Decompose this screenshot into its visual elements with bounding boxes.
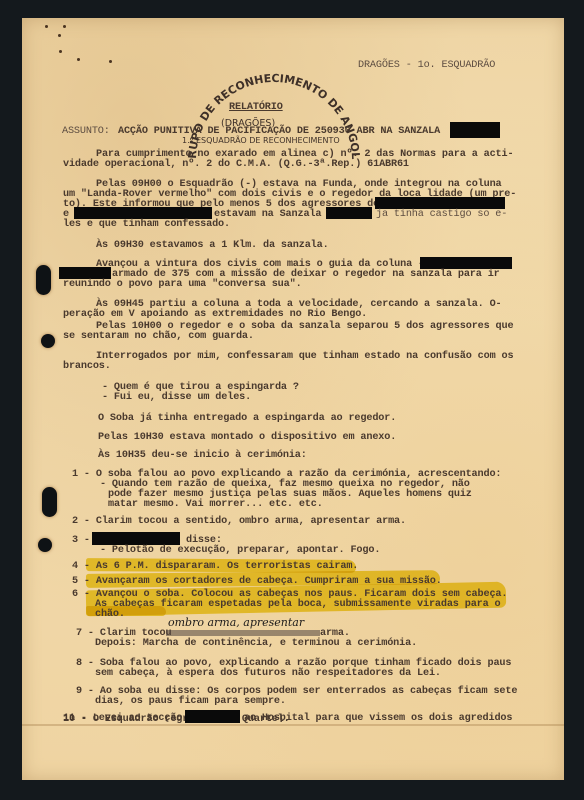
redaction [450,122,500,138]
list-item: sem cabeça, à espera dos futuros não res… [95,668,441,679]
list-item: - Pelotão de execução, preparar, apontar… [100,545,380,556]
list-item: 2 - Clarim tocou a sentido, ombro arma, … [72,516,406,527]
text-line: Pelas 10H30 estava montado o dispositivo… [98,432,396,443]
text-line: vidade operacional, nº. 2 do C.M.A. (Q.G… [63,159,409,170]
paper-speck [45,25,48,28]
dialogue-line: - Fui eu, disse um deles. [102,392,251,403]
list-item: matar mesmo. Vai morrer... etc. etc. [108,499,323,510]
redaction [326,207,372,219]
text-line: peração em V apoiando as extremidades no… [63,309,367,320]
text-line: brancos. [63,361,111,372]
paper-speck [109,60,112,63]
redaction [59,267,111,279]
list-item: 11 - Levei ao secção [63,713,182,724]
redaction [92,532,180,545]
header-unit: DRAGÕES - 1o. ESQUADRÃO [358,60,495,71]
paper-speck [77,58,80,61]
subject-label: ASSUNTO: [62,126,110,137]
handwritten-correction: ombro arma, apresentar [168,616,304,629]
text-line: Às 10H35 deu-se inicio à cerimónia: [98,450,307,461]
list-item: Depois: Marcha de continência, e termino… [95,638,417,649]
text-line: Às 09H30 estavamos a 1 Klm. da sanzala. [96,240,329,251]
redaction [185,710,240,723]
text-line: estavam na Sanzala [214,209,321,220]
list-item: As cabeças ficaram espetadas pela boca, … [95,599,501,610]
text-line: ja tinha castigo so e- [376,209,507,220]
strikethrough [166,630,320,636]
list-item: 4 - As 6 P.M. dispararam. Os terroristas… [72,561,358,572]
paper-speck [59,50,62,53]
text-line: O Soba já tinha entregado a espingarda a… [98,413,396,424]
document-page: DRAGÕES - 1o. ESQUADRÃO GRUPO DE RECONHE… [22,18,564,780]
punch-hole [42,487,57,517]
list-item: 5 - Avançaram os cortadores de cabeça. C… [72,576,442,587]
list-item: 3 - [72,535,90,546]
list-item: dias, os paus ficam para sempre. [95,696,286,707]
text-line: se sentaram no chão, com guarda. [63,331,254,342]
redaction [375,197,505,209]
punch-hole [36,265,51,295]
paper-speck [58,34,61,37]
text-line: reunindo o povo para uma "conversa sua". [63,279,302,290]
text-line: Interrogados por mim, confessaram que ti… [96,351,513,362]
redaction [420,257,512,269]
report-title: RELATÓRIO [229,102,283,113]
redaction [74,207,212,219]
list-item: chão. [95,609,125,620]
list-item: ao Hospital para que vissem os dois agre… [244,713,512,724]
text-line: les e que tinham confessado. [63,219,230,230]
punch-hole [41,334,55,348]
stamp-bottom: 1.º ESQUADRÃO DE RECONHECIMENTO [182,136,340,145]
subject-line: ACÇÃO PUNITIVA DE PACIFICAÇÃO DE 250930 … [118,126,440,137]
paper-speck [63,25,66,28]
punch-hole [38,538,52,552]
